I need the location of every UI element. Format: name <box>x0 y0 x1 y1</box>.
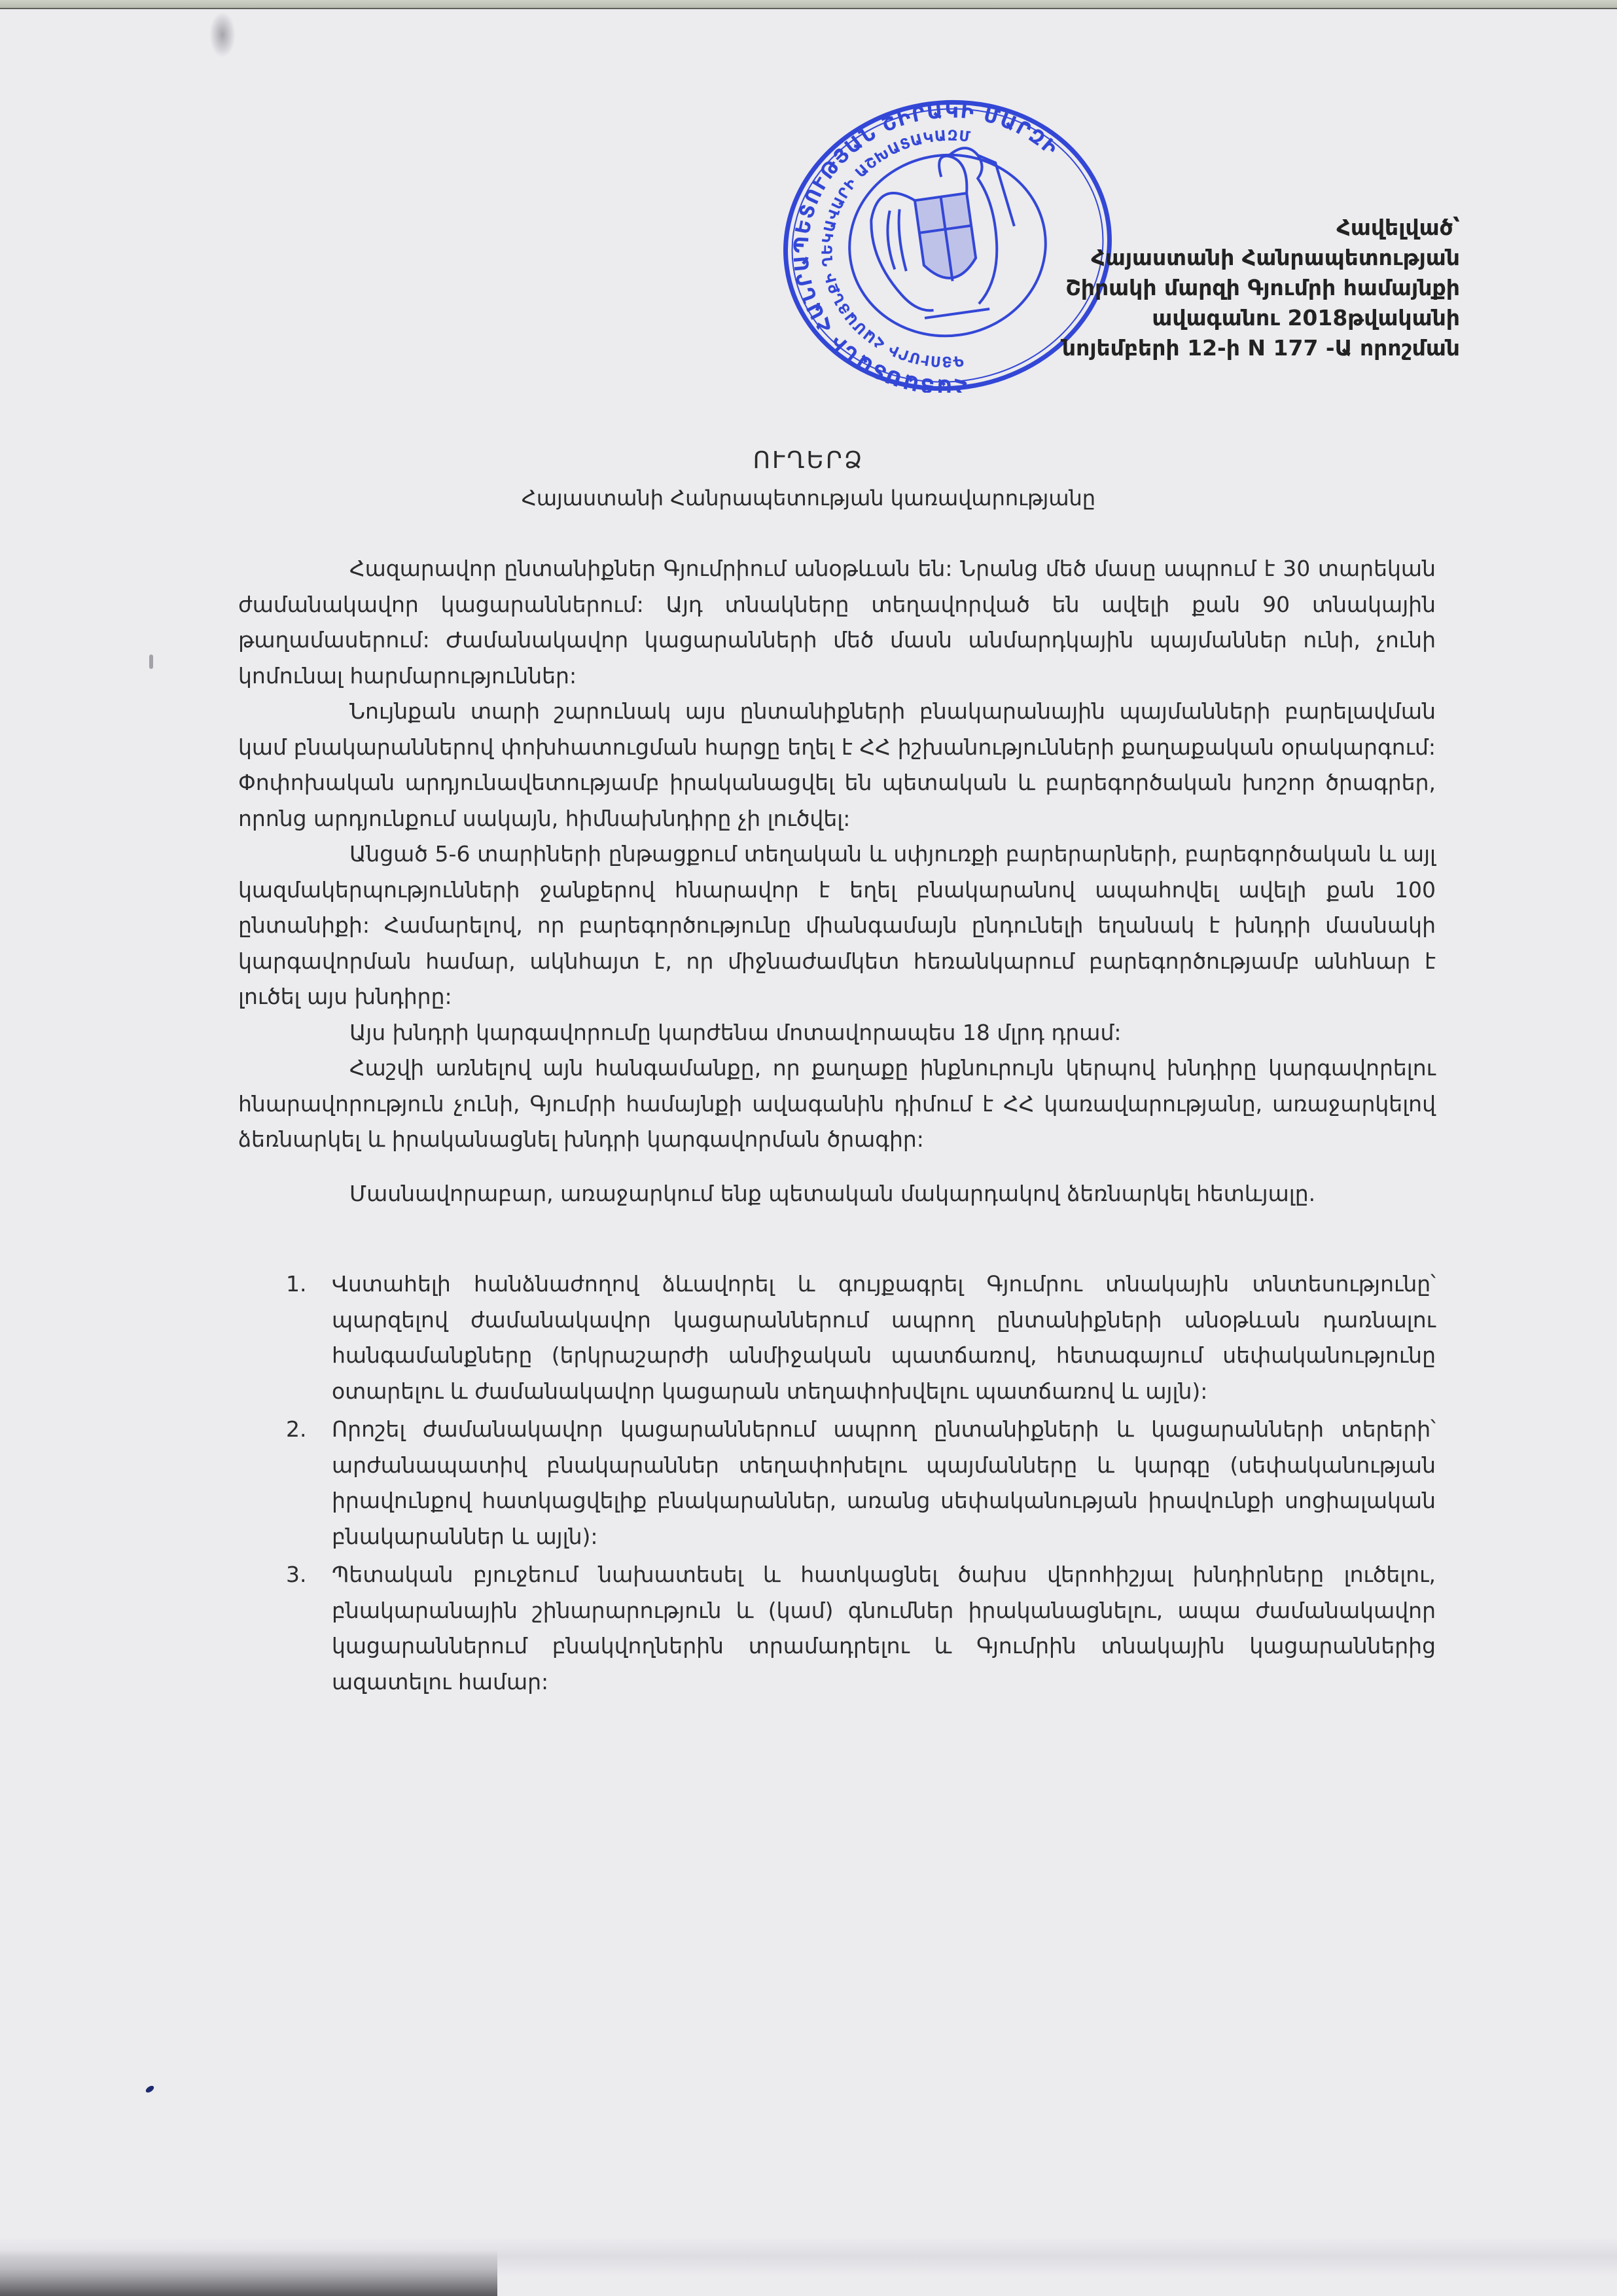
paragraph: Անցած 5-6 տարիների ընթացքում տեղական և ս… <box>238 836 1436 1015</box>
approval-line: ավագանու 2018թվականի <box>1062 303 1460 333</box>
scan-top-edge <box>0 0 1617 9</box>
list-item: 2. Որոշել ժամանակավոր կացարաններում ապրո… <box>286 1412 1436 1554</box>
document-subtitle: Հայաստանի Հանրապետության կառավարությանը <box>0 483 1617 513</box>
document-body: Հազարավոր ընտանիքներ Գյումրիում անօթևան … <box>238 551 1436 1211</box>
approval-line: Հավելված՝ <box>1062 213 1460 243</box>
list-item-number: 1. <box>286 1266 307 1302</box>
paragraph: Հազարավոր ընտանիքներ Գյումրիում անօթևան … <box>238 551 1436 694</box>
approval-line: Հայաստանի Հանրապետության <box>1062 243 1460 273</box>
paragraph: Նույնքան տարի շարունակ այս ընտանիքների բ… <box>238 694 1436 836</box>
scan-bottom-smudge <box>0 2250 497 2296</box>
list-item: 1. Վստահելի հանձնաժողով ձևավորել և գույք… <box>286 1266 1436 1409</box>
approval-block: Հավելված՝ Հայաստանի Հանրապետության Շիրակ… <box>1062 213 1460 363</box>
list-item-text: Պետական բյուջեում նախատեսել և հատկացնել … <box>332 1562 1436 1695</box>
approval-line: նոյեմբերի 12-ի N 177 -Ա որոշման <box>1062 333 1460 363</box>
proposal-list: 1. Վստահելի հանձնաժողով ձևավորել և գույք… <box>286 1266 1436 1702</box>
paragraph: Հաշվի առնելով այն հանգամանքը, որ քաղաքը … <box>238 1050 1436 1158</box>
approval-line: Շիրակի մարզի Գյումրի համայնքի <box>1062 273 1460 303</box>
list-item-number: 3. <box>286 1557 307 1593</box>
paragraph: Մասնավորաբար, առաջարկում ենք պետական մակ… <box>238 1176 1436 1212</box>
list-item-text: Որոշել ժամանակավոր կացարաններում ապրող ը… <box>332 1416 1436 1549</box>
list-item-text: Վստահելի հանձնաժողով ձևավորել և գույքագր… <box>332 1271 1436 1404</box>
paragraph: Այս խնդրի կարգավորումը կարժենա մոտավորապ… <box>238 1015 1436 1051</box>
document-title: ՈՒՂԵՐՁ <box>0 445 1617 476</box>
title-block: ՈՒՂԵՐՁ Հայաստանի Հանրապետության կառավարո… <box>0 445 1617 513</box>
list-item-number: 2. <box>286 1412 307 1448</box>
scan-artifact <box>209 12 236 58</box>
ink-mark <box>145 2085 155 2094</box>
list-item: 3. Պետական բյուջեում նախատեսել և հատկացն… <box>286 1557 1436 1700</box>
scan-artifact <box>149 655 153 669</box>
